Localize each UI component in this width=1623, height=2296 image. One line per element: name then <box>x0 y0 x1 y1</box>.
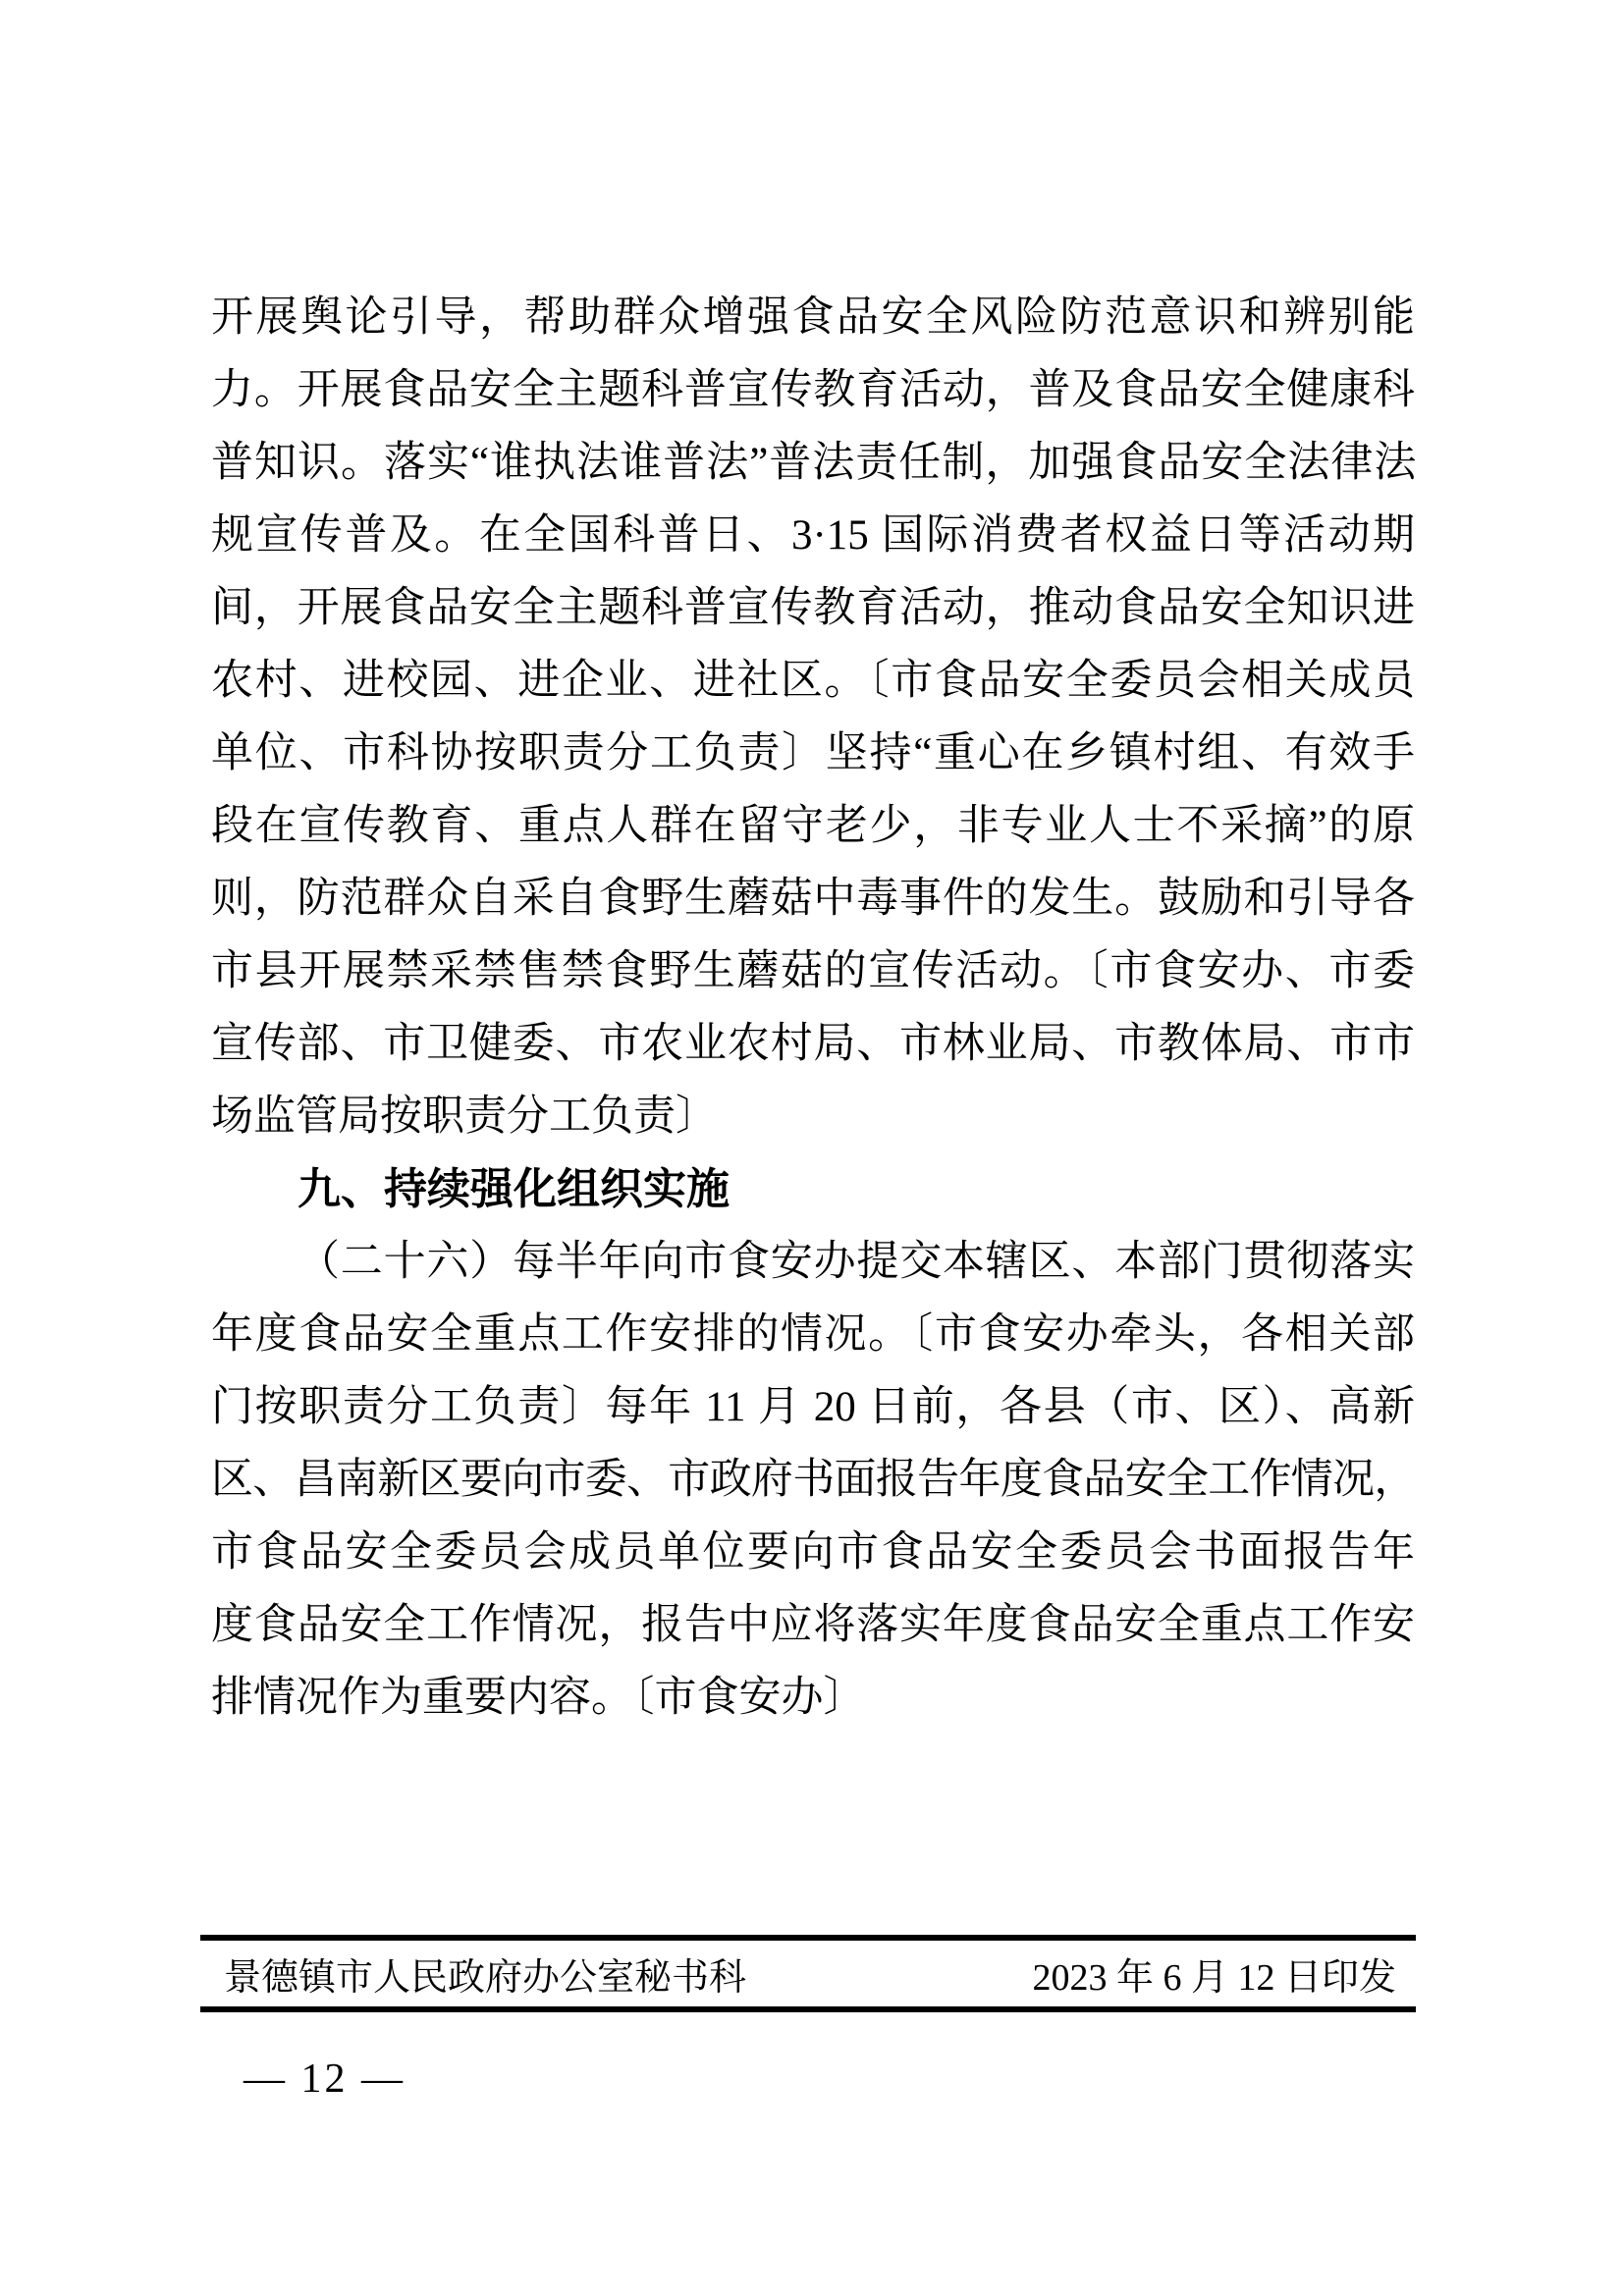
body-line: 开展舆论引导，帮助群众增强食品安全风险防范意识和辨别能 <box>211 282 1415 354</box>
body-line: 力。开展食品安全主题科普宣传教育活动，普及食品安全健康科 <box>211 354 1415 427</box>
section-heading: 九、持续强化组织实施 <box>211 1153 1415 1226</box>
body-line: 农村、进校园、进企业、进社区。〔市食品安全委员会相关成员 <box>211 645 1415 718</box>
body-line: 年度食品安全重点工作安排的情况。〔市食安办牵头，各相关部 <box>211 1299 1415 1371</box>
body-line: 单位、市科协按职责分工负责〕坚持“重心在乡镇村组、有效手 <box>211 718 1415 790</box>
body-line: 则，防范群众自采自食野生蘑菇中毒事件的发生。鼓励和引导各 <box>211 863 1415 935</box>
page-number: — 12 — <box>243 2056 406 2103</box>
issuing-office: 景德镇市人民政府办公室秘书科 <box>224 1947 746 2001</box>
body-line: 间，开展食品安全主题科普宣传教育活动，推动食品安全知识进 <box>211 572 1415 645</box>
body-line: 规宣传普及。在全国科普日、3·15 国际消费者权益日等活动期 <box>211 500 1415 572</box>
body-line: 宣传部、市卫健委、市农业农村局、市林业局、市教体局、市市 <box>211 1008 1415 1081</box>
print-date: 2023 年 6 月 12 日印发 <box>1032 1947 1396 2001</box>
body-line: 市县开展禁采禁售禁食野生蘑菇的宣传活动。〔市食安办、市委 <box>211 935 1415 1008</box>
body-line: 区、昌南新区要向市委、市政府书面报告年度食品安全工作情况， <box>211 1444 1415 1517</box>
body-line: 场监管局按职责分工负责〕 <box>211 1081 1415 1153</box>
body-line: 市食品安全委员会成员单位要向市食品安全委员会书面报告年 <box>211 1517 1415 1589</box>
body-paragraphs: 开展舆论引导，帮助群众增强食品安全风险防范意识和辨别能 力。开展食品安全主题科普… <box>211 282 1415 1735</box>
body-line: 段在宣传教育、重点人群在留守老少，非专业人士不采摘”的原 <box>211 790 1415 863</box>
body-line: 门按职责分工负责〕每年 11 月 20 日前，各县（市、区）、高新 <box>211 1371 1415 1444</box>
colophon: 景德镇市人民政府办公室秘书科 2023 年 6 月 12 日印发 <box>200 1935 1416 2012</box>
colophon-row: 景德镇市人民政府办公室秘书科 2023 年 6 月 12 日印发 <box>200 1941 1416 2006</box>
body-line: 排情况作为重要内容。〔市食安办〕 <box>211 1662 1415 1735</box>
document-page: 开展舆论引导，帮助群众增强食品安全风险防范意识和辨别能 力。开展食品安全主题科普… <box>0 0 1623 2296</box>
body-line: 普知识。落实“谁执法谁普法”普法责任制，加强食品安全法律法 <box>211 427 1415 500</box>
body-line: （二十六）每半年向市食安办提交本辖区、本部门贯彻落实 <box>211 1226 1415 1299</box>
body-line: 度食品安全工作情况，报告中应将落实年度食品安全重点工作安 <box>211 1589 1415 1662</box>
